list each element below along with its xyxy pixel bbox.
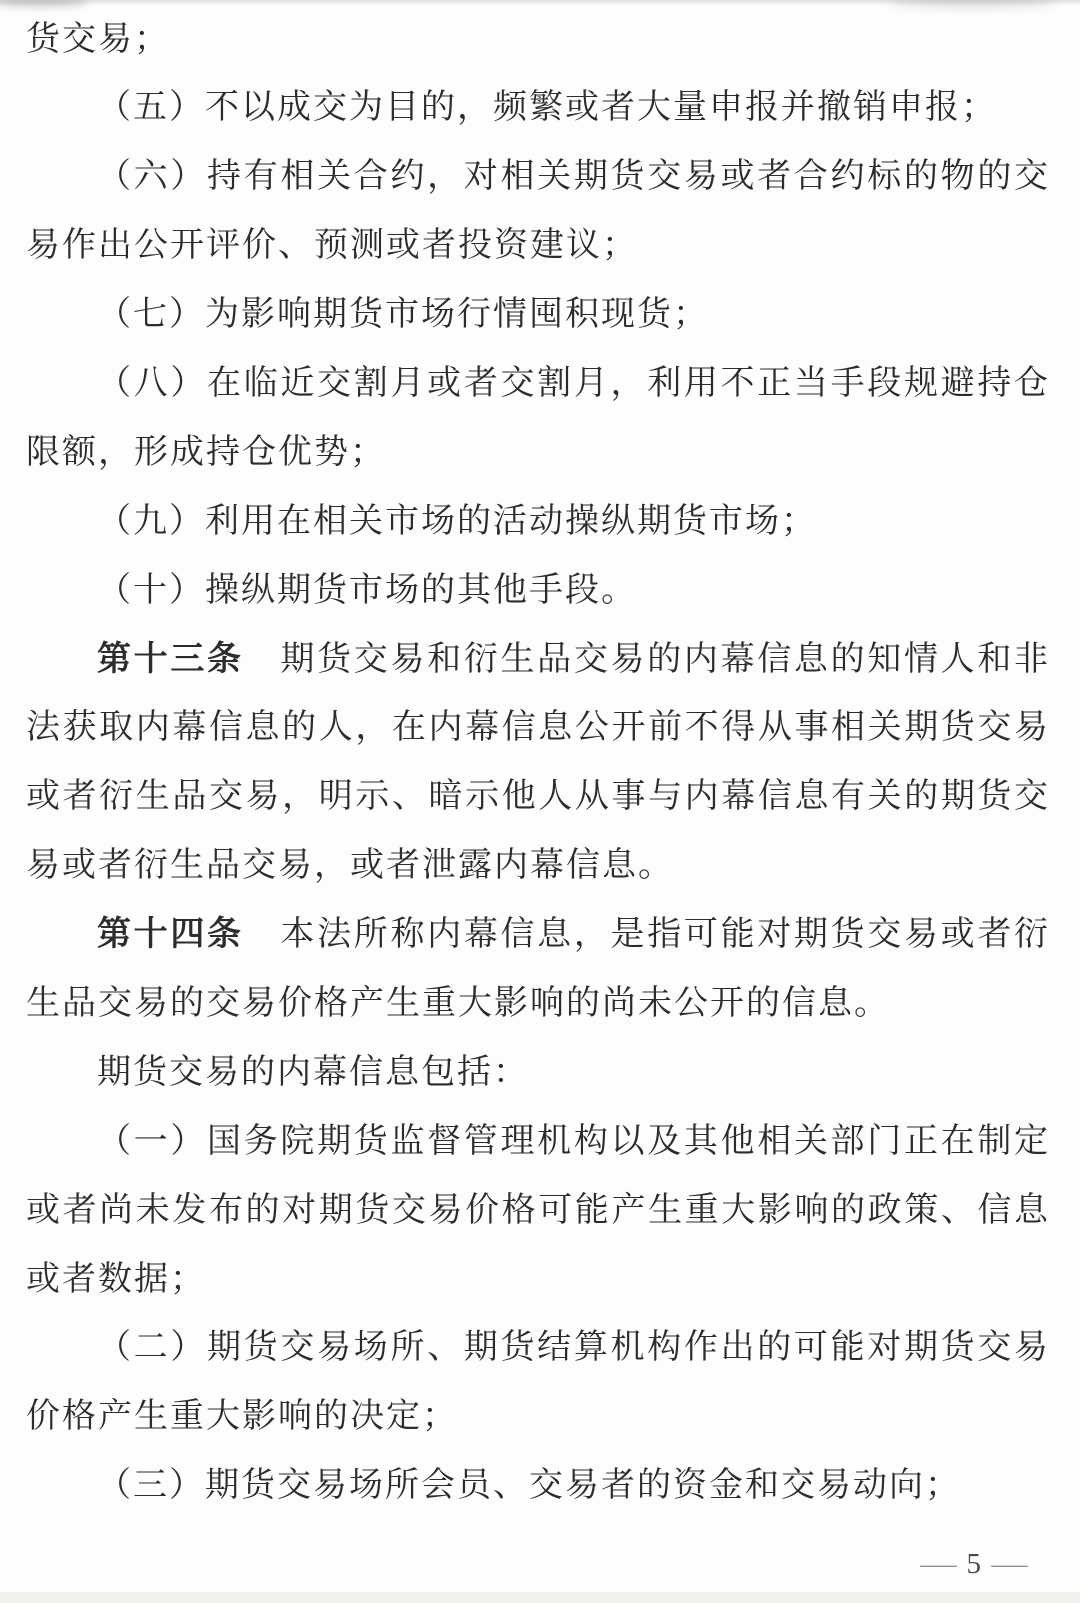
text-line: （十）操纵期货市场的其他手段。 xyxy=(26,557,1050,626)
text-segment: 生品交易的交易价格产生重大影响的尚未公开的信息。 xyxy=(26,985,890,1022)
text-segment: （八）在临近交割月或者交割月，利用不正当手段规避持仓 xyxy=(97,365,1050,402)
text-segment: 货交易； xyxy=(26,21,170,58)
text-line: 法获取内幕信息的人，在内幕信息公开前不得从事相关期货交易 xyxy=(26,694,1050,763)
page-number-dash-left: — xyxy=(920,1547,956,1581)
text-segment: 或者数据； xyxy=(26,1261,206,1298)
text-line: （六）持有相关合约，对相关期货交易或者合约标的物的交 xyxy=(26,143,1050,212)
article-number: 第十四条 xyxy=(97,916,244,953)
text-line: 第十四条 本法所称内幕信息，是指可能对期货交易或者衍 xyxy=(26,901,1050,970)
text-segment: （二）期货交易场所、期货结算机构作出的可能对期货交易 xyxy=(97,1329,1050,1366)
text-line: 易作出公开评价、预测或者投资建议； xyxy=(26,212,1050,281)
text-line: 或者尚未发布的对期货交易价格可能产生重大影响的政策、信息 xyxy=(26,1177,1050,1246)
text-segment: （十）操纵期货市场的其他手段。 xyxy=(97,572,637,609)
text-segment: （一）国务院期货监督管理机构以及其他相关部门正在制定 xyxy=(97,1123,1050,1160)
page-number-value: 5 xyxy=(967,1547,982,1581)
text-segment: 法获取内幕信息的人，在内幕信息公开前不得从事相关期货交易 xyxy=(26,709,1050,746)
text-line: （五）不以成交为目的，频繁或者大量申报并撤销申报； xyxy=(26,74,1050,143)
text-segment: 易或者衍生品交易，或者泄露内幕信息。 xyxy=(26,847,674,884)
page-number: — 5 — xyxy=(924,1547,1025,1581)
text-segment: 期货交易的内幕信息包括： xyxy=(97,1054,529,1091)
text-segment: 本法所称内幕信息，是指可能对期货交易或者衍 xyxy=(244,916,1050,953)
text-line: 货交易； xyxy=(26,6,1050,75)
text-line: 限额，形成持仓优势； xyxy=(26,419,1050,488)
page-number-dash-right: — xyxy=(991,1547,1027,1581)
text-line: （七）为影响期货市场行情囤积现货； xyxy=(26,281,1050,350)
text-segment: （六）持有相关合约，对相关期货交易或者合约标的物的交 xyxy=(97,158,1050,195)
text-line: 易或者衍生品交易，或者泄露内幕信息。 xyxy=(26,832,1050,901)
text-line: 生品交易的交易价格产生重大影响的尚未公开的信息。 xyxy=(26,970,1050,1039)
scan-artifact-bottom-bar xyxy=(0,1592,1080,1603)
text-segment: 限额，形成持仓优势； xyxy=(26,434,386,471)
text-line: 价格产生重大影响的决定； xyxy=(26,1383,1050,1452)
text-line: （一）国务院期货监督管理机构以及其他相关部门正在制定 xyxy=(26,1108,1050,1177)
text-segment: 或者尚未发布的对期货交易价格可能产生重大影响的政策、信息 xyxy=(26,1192,1050,1229)
text-line: （三）期货交易场所会员、交易者的资金和交易动向； xyxy=(26,1452,1050,1521)
article-number: 第十三条 xyxy=(97,641,244,678)
text-segment: （九）利用在相关市场的活动操纵期货市场； xyxy=(97,503,817,540)
document-page: 货交易；（五）不以成交为目的，频繁或者大量申报并撤销申报；（六）持有相关合约，对… xyxy=(0,0,1080,1603)
text-line: （八）在临近交割月或者交割月，利用不正当手段规避持仓 xyxy=(26,350,1050,419)
text-line: 第十三条 期货交易和衍生品交易的内幕信息的知情人和非 xyxy=(26,626,1050,695)
text-line: 期货交易的内幕信息包括： xyxy=(26,1039,1050,1108)
text-segment: 或者衍生品交易，明示、暗示他人从事与内幕信息有关的期货交 xyxy=(26,778,1050,815)
text-segment: （三）期货交易场所会员、交易者的资金和交易动向； xyxy=(97,1467,961,1504)
text-segment: （七）为影响期货市场行情囤积现货； xyxy=(97,296,709,333)
text-line: （二）期货交易场所、期货结算机构作出的可能对期货交易 xyxy=(26,1314,1050,1383)
document-text: 货交易；（五）不以成交为目的，频繁或者大量申报并撤销申报；（六）持有相关合约，对… xyxy=(26,6,1050,1522)
text-segment: 价格产生重大影响的决定； xyxy=(26,1398,458,1435)
text-segment: （五）不以成交为目的，频繁或者大量申报并撤销申报； xyxy=(97,89,997,126)
text-segment: 易作出公开评价、预测或者投资建议； xyxy=(26,227,638,264)
text-line: 或者数据； xyxy=(26,1246,1050,1315)
text-line: （九）利用在相关市场的活动操纵期货市场； xyxy=(26,488,1050,557)
text-segment: 期货交易和衍生品交易的内幕信息的知情人和非 xyxy=(244,641,1050,678)
text-line: 或者衍生品交易，明示、暗示他人从事与内幕信息有关的期货交 xyxy=(26,763,1050,832)
